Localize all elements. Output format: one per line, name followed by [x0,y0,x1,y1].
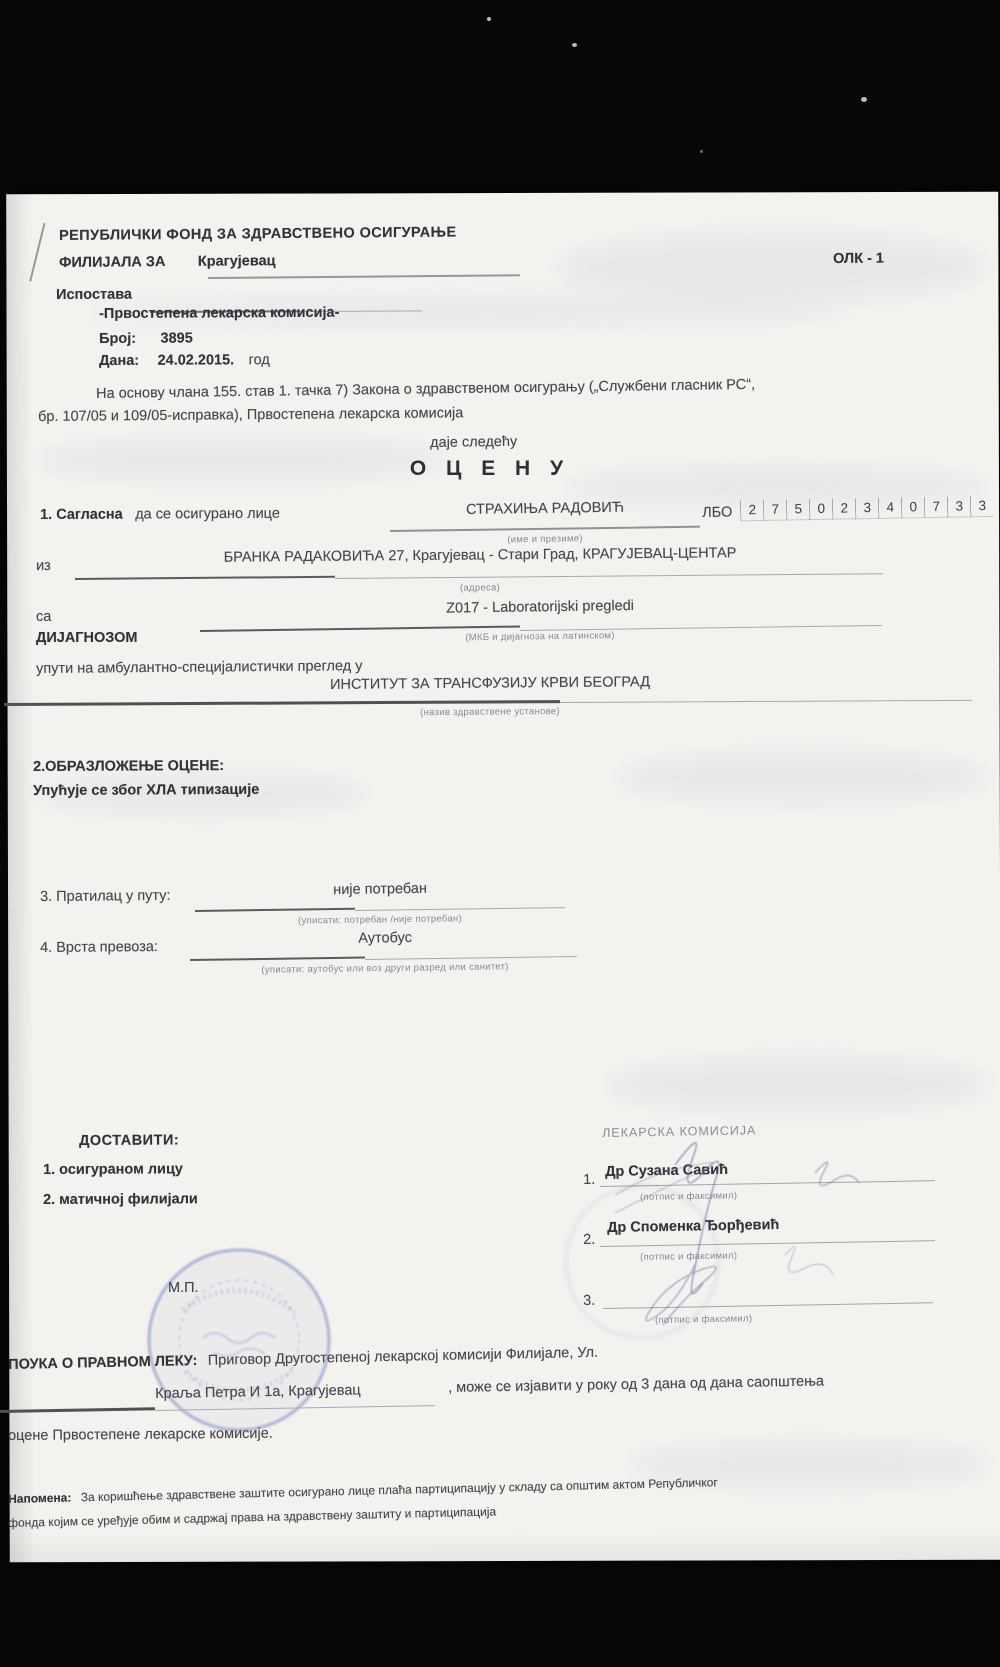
section1-label-bold: 1. Сагласна [40,507,123,523]
form-code: ОЛК - 1 [833,251,884,267]
note-label: Напомена: [8,1491,72,1506]
number-label: Број: [99,331,136,347]
scan-artifact [556,232,986,303]
lbo-digit: 5 [786,499,809,520]
section1-label-rest: да се осигурано лице [135,506,280,523]
handwritten-signature-ink [555,1085,975,1370]
paper-crease-mark [29,223,45,282]
scan-artifact [618,752,988,803]
referral-text: упути на амбулантно-специјалистички прег… [36,658,363,677]
deliver-item-1: 1. осигураном лицу [43,1161,183,1178]
section2-text: Упућује се због ХЛА типизације [33,782,259,799]
lbo-digit-boxes: 2 7 5 0 2 3 4 0 7 3 3 [740,496,993,521]
date-value: 24.02.2015. [158,352,235,368]
diagnosis-label: ДИЈАГНОЗОМ [36,630,138,646]
deliver-item-2: 2. матичној филијали [43,1191,198,1208]
dust-speck [861,97,867,102]
lbo-digit: 2 [832,498,855,519]
office-label: Испостава [56,287,132,303]
date-suffix: год [249,352,270,368]
legal-heading: ПОУКА О ПРАВНОМ ЛЕКУ: [8,1353,197,1373]
lbo-digit: 3 [855,498,878,519]
from-label: из [36,558,51,574]
branch-value: Крагујевац [198,253,276,270]
lbo-digit: 7 [924,497,947,518]
dust-speck [572,43,577,47]
date-label: Дана: [99,353,139,369]
lbo-digit: 7 [763,500,786,521]
deliver-heading: ДОСТАВИТИ: [79,1132,179,1149]
lbo-digit: 0 [809,499,832,520]
section4-label: 4. Врста превоза: [40,939,158,956]
legal-text-3: оцене Првостепене лекарске комисије. [8,1426,273,1444]
section3-label: 3. Пратилац у путу: [40,888,171,905]
scanned-document-page: РЕПУБЛИЧКИ ФОНД ЗА ЗДРАВСТВЕНО ОСИГУРАЊЕ… [0,0,1000,1667]
dust-speck [487,17,491,21]
intro-gives: даје следећу [430,434,517,451]
dust-speck [700,150,703,153]
branch-label: ФИЛИЈАЛА ЗА [59,254,165,271]
number-value: 3895 [160,331,192,347]
lbo-digit: 2 [740,500,763,521]
lbo-digit: 3 [947,496,970,517]
commission-name: -Првостепена лекарска комисија- [99,305,339,322]
lbo-digit: 0 [901,497,924,518]
section2-heading: 2.ОБРАЗЛОЖЕЊЕ ОЦЕНЕ: [33,758,224,775]
with-label: са [36,609,51,625]
lbo-digit: 4 [878,498,901,519]
lbo-label: ЛБО [702,504,732,521]
document-title: О Ц Е Н У [0,457,980,481]
lbo-digit: 3 [970,496,993,517]
